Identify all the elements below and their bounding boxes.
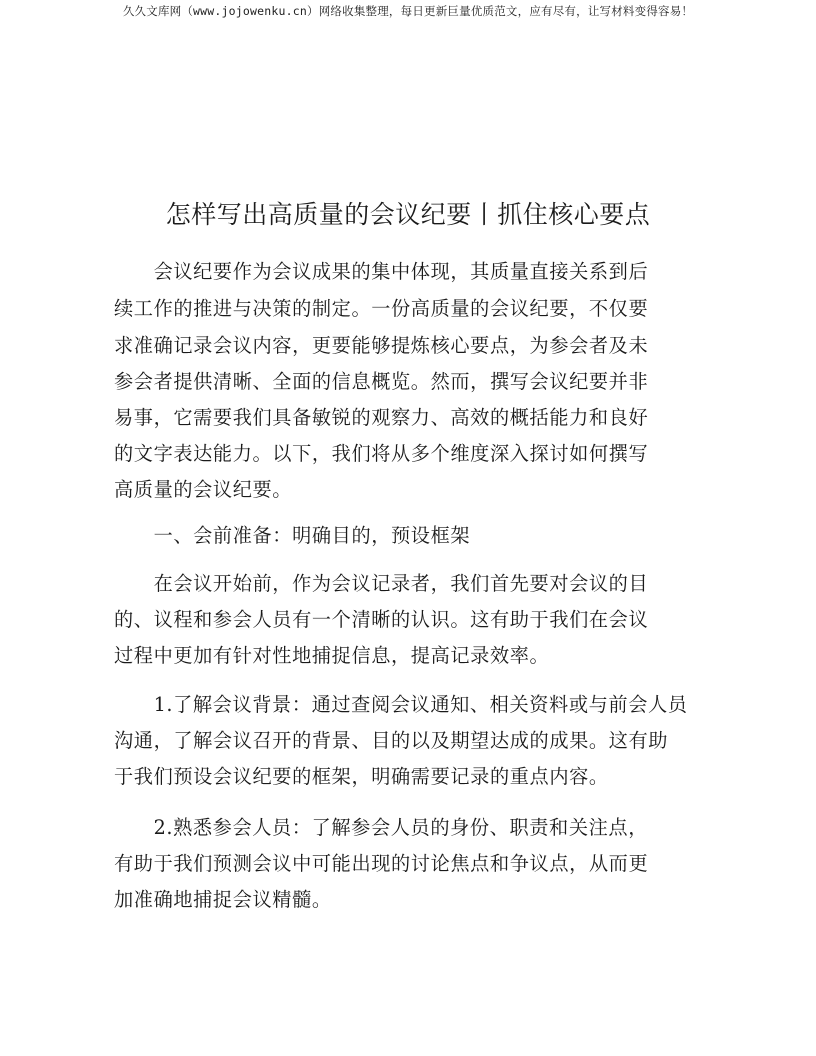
text-line: 易事，它需要我们具备敏锐的观察力、高效的概括能力和良好 (114, 403, 714, 430)
text-line: 的文字表达能力。以下，我们将从多个维度深入探讨如何撰写 (114, 439, 714, 466)
text-line: 会议纪要作为会议成果的集中体现，其质量直接关系到后 (114, 257, 714, 284)
site-banner: 久久文库网（www.jojowenku.cn）网络收集整理，每日更新巨量优质范文… (0, 3, 816, 19)
text-line: 续工作的推进与决策的制定。一份高质量的会议纪要，不仅要 (114, 294, 714, 321)
text-line: 2.熟悉参会人员：了解参会人员的身份、职责和关注点， (114, 813, 714, 840)
text-line: 1.了解会议背景：通过查阅会议通知、相关资料或与前会人员 (114, 690, 714, 717)
text-line: 参会者提供清晰、全面的信息概览。然而，撰写会议纪要并非 (114, 367, 714, 394)
text-line: 的、议程和参会人员有一个清晰的认识。这有助于我们在会议 (114, 605, 714, 632)
document-title: 怎样写出高质量的会议纪要丨抓住核心要点 (0, 195, 816, 231)
text-line: 高质量的会议纪要。 (114, 475, 714, 502)
text-line: 在会议开始前，作为会议记录者，我们首先要对会议的目 (114, 569, 714, 596)
text-line: 加准确地捕捉会议精髓。 (114, 885, 714, 912)
text-line: 于我们预设会议纪要的框架，明确需要记录的重点内容。 (114, 762, 714, 789)
section-heading-text: 一、会前准备：明确目的，预设框架 (114, 521, 714, 548)
text-line: 有助于我们预测会议中可能出现的讨论焦点和争议点，从而更 (114, 849, 714, 876)
text-line: 求准确记录会议内容，更要能够提炼核心要点，为参会者及未 (114, 331, 714, 358)
text-line: 过程中更加有针对性地捕捉信息，提高记录效率。 (114, 641, 714, 668)
text-line: 沟通，了解会议召开的背景、目的以及期望达成的成果。这有助 (114, 726, 714, 753)
